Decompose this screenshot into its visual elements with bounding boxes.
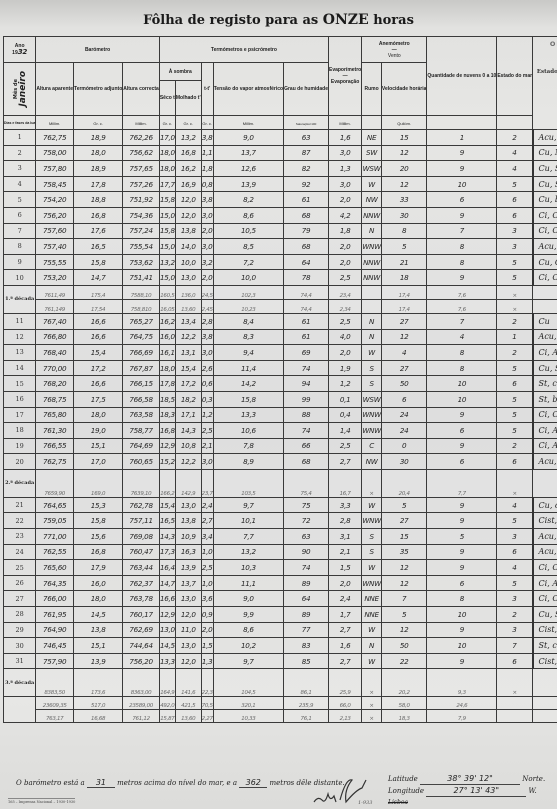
sky-state-empty bbox=[533, 299, 557, 313]
corr-cell: 756,20 bbox=[123, 653, 160, 669]
t-cell: 13,2 bbox=[159, 254, 175, 270]
decade1-summary-row: 761,14917,54758,81016,0513,602,4510,2374… bbox=[4, 299, 557, 313]
dt-cell: 2,5 bbox=[201, 560, 213, 576]
summary-cell: 20,2 bbox=[381, 669, 426, 697]
vap-cell: 11,4 bbox=[213, 360, 283, 376]
summary-cell: 9,3 bbox=[427, 669, 497, 697]
cloud-cell: 9 bbox=[427, 622, 497, 638]
sky-state-cell: Ci, Cu, Nb, chuviscos bbox=[533, 207, 557, 223]
summary-cell: 761,149 bbox=[36, 299, 74, 313]
vap-cell: 10,0 bbox=[213, 270, 283, 286]
dt-cell: 3,0 bbox=[201, 345, 213, 361]
vel-cell: 24 bbox=[381, 407, 426, 423]
day-cell: 30 bbox=[4, 638, 36, 654]
bar-cell: 761,30 bbox=[36, 423, 74, 439]
cloud-cell: 6 bbox=[427, 423, 497, 439]
corr-cell: 757,11 bbox=[123, 513, 160, 529]
sky-state-cell: Cist, Acu, Cu bbox=[533, 622, 557, 638]
dt-cell: 2,8 bbox=[201, 313, 213, 329]
summary-cell: 15,87 bbox=[159, 710, 175, 723]
hum-cell: 82 bbox=[284, 161, 329, 177]
evap-cell: 1,3 bbox=[328, 161, 361, 177]
cloud-cell: 9 bbox=[427, 544, 497, 560]
t-cell: 18,0 bbox=[159, 360, 175, 376]
summary-cell: 136,0 bbox=[175, 285, 201, 299]
vap-cell: 8,6 bbox=[213, 622, 283, 638]
cloud-cell: 10 bbox=[427, 376, 497, 392]
table-row: 9755,5515,8753,6213,210,03,27,2642,0NNW2… bbox=[4, 254, 557, 270]
summary-cell: 86,1 bbox=[284, 669, 329, 697]
cloud-cell: 5 bbox=[427, 529, 497, 545]
evap-cell: 2,4 bbox=[328, 591, 361, 607]
day-cell: 16 bbox=[4, 391, 36, 407]
table-row: 30746,4515,1744,6414,513,01,510,2831,6N5… bbox=[4, 638, 557, 654]
vap-cell: 7,8 bbox=[213, 438, 283, 454]
svg-text:1-933: 1-933 bbox=[358, 800, 372, 806]
wind-direction-header: Rumo bbox=[362, 63, 382, 116]
summary-cell: 10,33 bbox=[213, 710, 283, 723]
sky-state-cell: Acu, Cu bbox=[533, 130, 557, 146]
tadj-cell: 16,6 bbox=[74, 329, 123, 345]
sky-state-empty bbox=[533, 669, 557, 697]
latitude-line: Latitude 38° 39' 12" Norte. bbox=[388, 773, 557, 785]
sky-state-cell: Cu, bruma bbox=[533, 192, 557, 208]
tadj-cell: 18,8 bbox=[74, 192, 123, 208]
vel-cell: 21 bbox=[381, 254, 426, 270]
table-row: 17765,8018,0763,5818,317,11,213,3880,4WN… bbox=[4, 407, 557, 423]
summary-cell: 141,6 bbox=[175, 669, 201, 697]
hum-cell: 79 bbox=[284, 223, 329, 239]
day-cell: 24 bbox=[4, 544, 36, 560]
evap-cell: 3,0 bbox=[328, 145, 361, 161]
evap-cell: 1,8 bbox=[328, 223, 361, 239]
coordinates: Latitude 38° 39' 12" Norte. Longitude 27… bbox=[388, 773, 557, 808]
year-header: Ano 1932 bbox=[4, 37, 36, 63]
day-cell: 29 bbox=[4, 622, 36, 638]
sky-state-cell: Cu, St, chuva leve cont. bbox=[533, 607, 557, 623]
corr-cell: 751,92 bbox=[123, 192, 160, 208]
vapour-header: Tensão do vapor atmosférico bbox=[213, 63, 283, 116]
cloud-cell: 8 bbox=[427, 360, 497, 376]
corr-cell: 755,54 bbox=[123, 239, 160, 255]
corr-cell: 762,69 bbox=[123, 622, 160, 638]
hum-cell: 83 bbox=[284, 638, 329, 654]
summary-cell: 10,23 bbox=[213, 299, 283, 313]
table-row: 19766,5515,1764,6912,910,82,17,8662,5C09… bbox=[4, 438, 557, 454]
sky-state-cell: Cu, Cunb, chuviscos de chuva bbox=[533, 254, 557, 270]
vel-cell: 22 bbox=[381, 653, 426, 669]
hum-cell: 77 bbox=[284, 622, 329, 638]
summary-cell: 517,0 bbox=[74, 697, 123, 710]
sheet-footer: O barómetro está a 31 metros acima do ní… bbox=[0, 770, 557, 809]
summary-cell: 102,3 bbox=[213, 285, 283, 299]
cloud-cell: 10 bbox=[427, 176, 497, 192]
hum-cell: 99 bbox=[284, 391, 329, 407]
sheet-title: Fôlha de registo para as ONZE horas bbox=[0, 12, 557, 28]
tw-cell: 16,9 bbox=[175, 176, 201, 192]
vap-cell: 10,6 bbox=[213, 423, 283, 439]
table-row: 27766,0018,0763,7816,613,03,69,0642,4NNE… bbox=[4, 591, 557, 607]
corr-cell: 751,41 bbox=[123, 270, 160, 286]
day-cell: 27 bbox=[4, 591, 36, 607]
hum-cell: 61 bbox=[284, 329, 329, 345]
tadj-cell: 17,0 bbox=[74, 454, 123, 470]
cloud-cell: 9 bbox=[427, 513, 497, 529]
tw-cell: 14,3 bbox=[175, 423, 201, 439]
t-cell: 17,8 bbox=[159, 376, 175, 392]
vel-cell: 0 bbox=[381, 438, 426, 454]
cloud-cell: 9 bbox=[427, 497, 497, 513]
evap-cell: 1,9 bbox=[328, 360, 361, 376]
table-row: 24762,5516,8760,4717,316,31,013,2902,1S3… bbox=[4, 544, 557, 560]
t-cell: 17,7 bbox=[159, 176, 175, 192]
day-cell: 9 bbox=[4, 254, 36, 270]
summary-cell: 16,7 bbox=[328, 469, 361, 497]
vel-cell: 12 bbox=[381, 145, 426, 161]
sky-state-empty bbox=[533, 697, 557, 710]
sky-state-empty bbox=[533, 285, 557, 299]
day-cell: 12 bbox=[4, 329, 36, 345]
tw-cell: 13,0 bbox=[175, 270, 201, 286]
bar-thermometer-header: Termómetro adjunto bbox=[74, 63, 123, 116]
summary-cell bbox=[497, 697, 533, 710]
dir-cell: NE bbox=[362, 130, 382, 146]
corr-cell: 765,27 bbox=[123, 313, 160, 329]
vel-cell: 12 bbox=[381, 575, 426, 591]
tw-cell: 12,0 bbox=[175, 607, 201, 623]
corr-cell: 763,58 bbox=[123, 407, 160, 423]
vel-cell: 15 bbox=[381, 529, 426, 545]
table-row: 12766,8016,6764,7516,012,23,88,3614,0N12… bbox=[4, 329, 557, 345]
sky-state-cell: Cu bbox=[533, 313, 557, 329]
tadj-cell: 17,5 bbox=[74, 391, 123, 407]
dir-cell: NW bbox=[362, 192, 382, 208]
tw-cell: 13,8 bbox=[175, 223, 201, 239]
sky-state-empty bbox=[533, 710, 557, 723]
sea-cell: 6 bbox=[497, 376, 533, 392]
bar-cell: 768,75 bbox=[36, 391, 74, 407]
tw-cell: 13,1 bbox=[175, 345, 201, 361]
corr-cell: 769,08 bbox=[123, 529, 160, 545]
summary-cell: 173,6 bbox=[74, 669, 123, 697]
t-cell: 12,9 bbox=[159, 607, 175, 623]
bar-cell: 766,55 bbox=[36, 438, 74, 454]
month-header: Mês de Janeiro bbox=[4, 63, 36, 116]
tadj-cell: 15,6 bbox=[74, 529, 123, 545]
t-cell: 15,8 bbox=[159, 223, 175, 239]
summary-cell: 23589,00 bbox=[123, 697, 160, 710]
table-row: 14770,0017,2767,8718,015,42,611,4741,9S2… bbox=[4, 360, 557, 376]
dir-cell: N bbox=[362, 313, 382, 329]
day-cell: 22 bbox=[4, 513, 36, 529]
tadj-cell: 17,2 bbox=[74, 360, 123, 376]
t-cell: 15,0 bbox=[159, 239, 175, 255]
vel-cell: 8 bbox=[381, 223, 426, 239]
corr-cell: 764,75 bbox=[123, 329, 160, 345]
bar-cell: 766,00 bbox=[36, 591, 74, 607]
bar-cell: 765,80 bbox=[36, 407, 74, 423]
vap-cell: 10,3 bbox=[213, 560, 283, 576]
tw-cell: 13,9 bbox=[175, 560, 201, 576]
tw-cell: 13,0 bbox=[175, 638, 201, 654]
longitude-value: 27° 13' 43" bbox=[426, 785, 526, 797]
sky-state-cell: Ci, Cist, Cu, St, chuviscos de chuva bbox=[533, 223, 557, 239]
day-cell: 10 bbox=[4, 270, 36, 286]
totals-summary-row: 763,1716,68761,1215,8713,602,2710,3376,1… bbox=[4, 710, 557, 723]
dt-cell: 3,4 bbox=[201, 529, 213, 545]
sea-cell: 5 bbox=[497, 176, 533, 192]
tadj-cell: 14,7 bbox=[74, 270, 123, 286]
vel-cell: 12 bbox=[381, 622, 426, 638]
evap-cell: 2,0 bbox=[328, 575, 361, 591]
year-handwritten: 32 bbox=[18, 47, 27, 56]
t-cell: 16,5 bbox=[159, 513, 175, 529]
dir-cell: C bbox=[362, 438, 382, 454]
corr-cell: 760,65 bbox=[123, 454, 160, 470]
evap-cell: 1,2 bbox=[328, 376, 361, 392]
sea-cell: 4 bbox=[497, 497, 533, 513]
dir-cell: W bbox=[362, 653, 382, 669]
hum-cell: 64 bbox=[284, 591, 329, 607]
t-cell: 15,8 bbox=[159, 192, 175, 208]
dt-cell: 3,0 bbox=[201, 454, 213, 470]
tw-cell: 18,2 bbox=[175, 391, 201, 407]
tadj-cell: 14,5 bbox=[74, 607, 123, 623]
dt-cell: 0,9 bbox=[201, 607, 213, 623]
summary-cell: 421,5 bbox=[175, 697, 201, 710]
shade-header: À sombra bbox=[159, 63, 201, 81]
sea-cell: 3 bbox=[497, 529, 533, 545]
cloud-cell: 9 bbox=[427, 438, 497, 454]
summary-cell: × bbox=[362, 710, 382, 723]
summary-cell: 75,4 bbox=[284, 469, 329, 497]
table-row: 25765,6017,9763,4416,413,92,510,3741,5W1… bbox=[4, 560, 557, 576]
evap-cell: 4,2 bbox=[328, 207, 361, 223]
sky-state-cell: Cu, St bbox=[533, 161, 557, 177]
printer-imprint: 165 – Imprensa Nacional – 1930-1930 bbox=[8, 798, 75, 804]
table-row: 7757,6017,6757,2415,813,82,010,5791,8N87… bbox=[4, 223, 557, 239]
vap-cell: 8,5 bbox=[213, 239, 283, 255]
summary-cell: 58,0 bbox=[381, 697, 426, 710]
dt-cell: 1,0 bbox=[201, 575, 213, 591]
dt-cell: 1,2 bbox=[201, 407, 213, 423]
tadj-cell: 19,0 bbox=[74, 423, 123, 439]
hum-cell: 74 bbox=[284, 423, 329, 439]
sky-state-cell: Cu, Nb aprox. chuva bbox=[533, 145, 557, 161]
cloud-cell: 9 bbox=[427, 270, 497, 286]
day-cell: 4 bbox=[4, 176, 36, 192]
cloud-cell: 10 bbox=[427, 638, 497, 654]
table-row: 16768,7517,5766,5818,518,20,315,8990,1WS… bbox=[4, 391, 557, 407]
evap-cell: 2,7 bbox=[328, 653, 361, 669]
tw-cell: 11,0 bbox=[175, 622, 201, 638]
bar-cell: 757,60 bbox=[36, 223, 74, 239]
cloud-cell: 9 bbox=[427, 161, 497, 177]
day-cell: 23 bbox=[4, 529, 36, 545]
hum-cell: 89 bbox=[284, 607, 329, 623]
vel-cell: 27 bbox=[381, 360, 426, 376]
vel-cell: 12 bbox=[381, 560, 426, 576]
sea-cell: 3 bbox=[497, 591, 533, 607]
sea-cell: 3 bbox=[497, 622, 533, 638]
sky-state-cell: St, bruma bbox=[533, 391, 557, 407]
vap-cell: 8,9 bbox=[213, 454, 283, 470]
tadj-cell: 13,9 bbox=[74, 653, 123, 669]
tadj-cell: 18,9 bbox=[74, 130, 123, 146]
decade-label bbox=[4, 697, 36, 723]
corr-cell: 758,77 bbox=[123, 423, 160, 439]
vap-cell: 9,7 bbox=[213, 653, 283, 669]
vap-cell: 14,2 bbox=[213, 376, 283, 392]
tadj-cell: 13,8 bbox=[74, 622, 123, 638]
bar-cell: 762,75 bbox=[36, 454, 74, 470]
summary-cell: × bbox=[362, 469, 382, 497]
summary-cell: 20,4 bbox=[381, 469, 426, 497]
decade-label: 2.ª década bbox=[4, 469, 36, 497]
sky-state-cell: Cist, Acu, Cu, Nbst. Tempo de chuviscos bbox=[533, 653, 557, 669]
bar-cell: 766,80 bbox=[36, 329, 74, 345]
tadj-cell: 18,0 bbox=[74, 407, 123, 423]
t-cell: 16,6 bbox=[159, 591, 175, 607]
summary-cell: 66,0 bbox=[328, 697, 361, 710]
cloud-cell: 9 bbox=[427, 560, 497, 576]
sky-state-cell: Acu, cu, chuviscos leves de chuva bbox=[533, 454, 557, 470]
vap-cell: 8,3 bbox=[213, 329, 283, 345]
t-cell: 18,0 bbox=[159, 145, 175, 161]
summary-cell: × bbox=[362, 697, 382, 710]
dir-cell: W bbox=[362, 345, 382, 361]
corr-cell: 760,47 bbox=[123, 544, 160, 560]
summary-cell: 70,5 bbox=[201, 697, 213, 710]
corr-cell: 766,69 bbox=[123, 345, 160, 361]
summary-cell: 2,27 bbox=[201, 710, 213, 723]
t-cell: 12,9 bbox=[159, 438, 175, 454]
corr-cell: 744,64 bbox=[123, 638, 160, 654]
corr-cell: 757,24 bbox=[123, 223, 160, 239]
tadj-cell: 18,0 bbox=[74, 145, 123, 161]
summary-cell: 166,2 bbox=[159, 469, 175, 497]
summary-cell bbox=[497, 710, 533, 723]
barometer-note: O barómetro está a 31 metros acima do ní… bbox=[16, 778, 345, 788]
t-cell: 15,0 bbox=[159, 207, 175, 223]
sky-state-header: OBSERVATÓRIO METEOROLÓGICO DE ANGRA DO H… bbox=[533, 37, 557, 130]
evap-cell: 2,7 bbox=[328, 622, 361, 638]
t-cell: 16,4 bbox=[159, 560, 175, 576]
cloud-cell: 8 bbox=[427, 345, 497, 361]
signature-icon: 1-933 bbox=[300, 770, 380, 808]
evap-cell: 0,1 bbox=[328, 391, 361, 407]
day-cell: 5 bbox=[4, 192, 36, 208]
dir-cell: NNE bbox=[362, 607, 382, 623]
bar-cell: 762,75 bbox=[36, 130, 74, 146]
cloud-cell: 8 bbox=[427, 254, 497, 270]
table-row: 13768,4015,4766,6916,113,13,09,4692,0W48… bbox=[4, 345, 557, 361]
cloud-cell: 10 bbox=[427, 391, 497, 407]
sea-cell: 2 bbox=[497, 438, 533, 454]
sky-state-cell: Ci, Cist, Cu bbox=[533, 560, 557, 576]
longitude-line: Longitude 27° 13' 43" W. Lisboa bbox=[388, 785, 557, 808]
cloud-cell: 6 bbox=[427, 575, 497, 591]
vel-cell: 33 bbox=[381, 192, 426, 208]
summary-cell: × bbox=[362, 669, 382, 697]
tadj-cell: 15,1 bbox=[74, 438, 123, 454]
sky-state-cell: Ci, Acu, Cu, bruma bbox=[533, 345, 557, 361]
sky-state-cell: St, chuva forte continuada bbox=[533, 638, 557, 654]
dir-cell: WNW bbox=[362, 423, 382, 439]
sea-cell: 2 bbox=[497, 313, 533, 329]
table-row: 26764,3516,0762,3714,713,71,011,1892,0WN… bbox=[4, 575, 557, 591]
corr-cell: 757,26 bbox=[123, 176, 160, 192]
sky-state-cell: Ci, Cu bbox=[533, 591, 557, 607]
summary-cell: 320,1 bbox=[213, 697, 283, 710]
hum-cell: 69 bbox=[284, 345, 329, 361]
hum-cell: 94 bbox=[284, 376, 329, 392]
cloud-cell: 9 bbox=[427, 207, 497, 223]
vel-cell: 27 bbox=[381, 513, 426, 529]
table-row: 28761,9514,5760,1712,912,00,99,9891,7NNE… bbox=[4, 607, 557, 623]
evap-cell: 2,5 bbox=[328, 270, 361, 286]
day-cell: 1 bbox=[4, 130, 36, 146]
sea-cell: 5 bbox=[497, 270, 533, 286]
days-header: Dias e fases da lua bbox=[4, 116, 36, 130]
vap-cell: 7,2 bbox=[213, 254, 283, 270]
bar-cell: 755,55 bbox=[36, 254, 74, 270]
table-row: 5754,2018,8751,9215,812,03,88,2612,0NW33… bbox=[4, 192, 557, 208]
dir-cell: NNE bbox=[362, 591, 382, 607]
cloud-cell: 6 bbox=[427, 192, 497, 208]
cloud-cell: 10 bbox=[427, 607, 497, 623]
vap-cell: 10,1 bbox=[213, 513, 283, 529]
summary-cell: 7,9 bbox=[427, 710, 497, 723]
evap-cell: 1,5 bbox=[328, 560, 361, 576]
vap-cell: 7,7 bbox=[213, 529, 283, 545]
vap-cell: 15,8 bbox=[213, 391, 283, 407]
vel-cell: 50 bbox=[381, 638, 426, 654]
vel-cell: 18 bbox=[381, 270, 426, 286]
dt-cell: 1,5 bbox=[201, 638, 213, 654]
bar-cell: 768,20 bbox=[36, 376, 74, 392]
vel-cell: 7 bbox=[381, 591, 426, 607]
observatory-stamp: OBSERVATÓRIO METEOROLÓGICO DE ANGRA DO H… bbox=[533, 41, 557, 75]
dir-cell: W bbox=[362, 176, 382, 192]
day-cell: 17 bbox=[4, 407, 36, 423]
dt-cell: 2,6 bbox=[201, 360, 213, 376]
summary-cell: × bbox=[497, 285, 533, 299]
bar-cell: 756,20 bbox=[36, 207, 74, 223]
wet-bulb-header: Molhado t' bbox=[175, 81, 201, 116]
t-cell: 18,0 bbox=[159, 161, 175, 177]
cloud-cell: 8 bbox=[427, 591, 497, 607]
sky-state-cell: Acu, cu, chuviscos de chuva bbox=[533, 239, 557, 255]
summary-cell: 160,5 bbox=[159, 285, 175, 299]
bar-cell: 764,35 bbox=[36, 575, 74, 591]
evap-cell: 1,4 bbox=[328, 423, 361, 439]
vel-cell: 6 bbox=[381, 391, 426, 407]
dir-cell: N bbox=[362, 223, 382, 239]
table-row: 10753,2014,7751,4115,013,02,010,0782,5NN… bbox=[4, 270, 557, 286]
dt-cell: 0,8 bbox=[201, 176, 213, 192]
table-row: 8757,4016,5755,5415,014,03,08,5682,0WNW5… bbox=[4, 239, 557, 255]
hum-cell: 89 bbox=[284, 575, 329, 591]
sea-cell: 7 bbox=[497, 638, 533, 654]
vap-cell: 13,3 bbox=[213, 407, 283, 423]
bar-corrected-header: Altura correcta bbox=[123, 63, 160, 116]
t-cell: 18,3 bbox=[159, 407, 175, 423]
bar-cell: 759,05 bbox=[36, 513, 74, 529]
sea-cell: 4 bbox=[497, 560, 533, 576]
summary-cell: 13,60 bbox=[175, 710, 201, 723]
vel-cell: 35 bbox=[381, 544, 426, 560]
